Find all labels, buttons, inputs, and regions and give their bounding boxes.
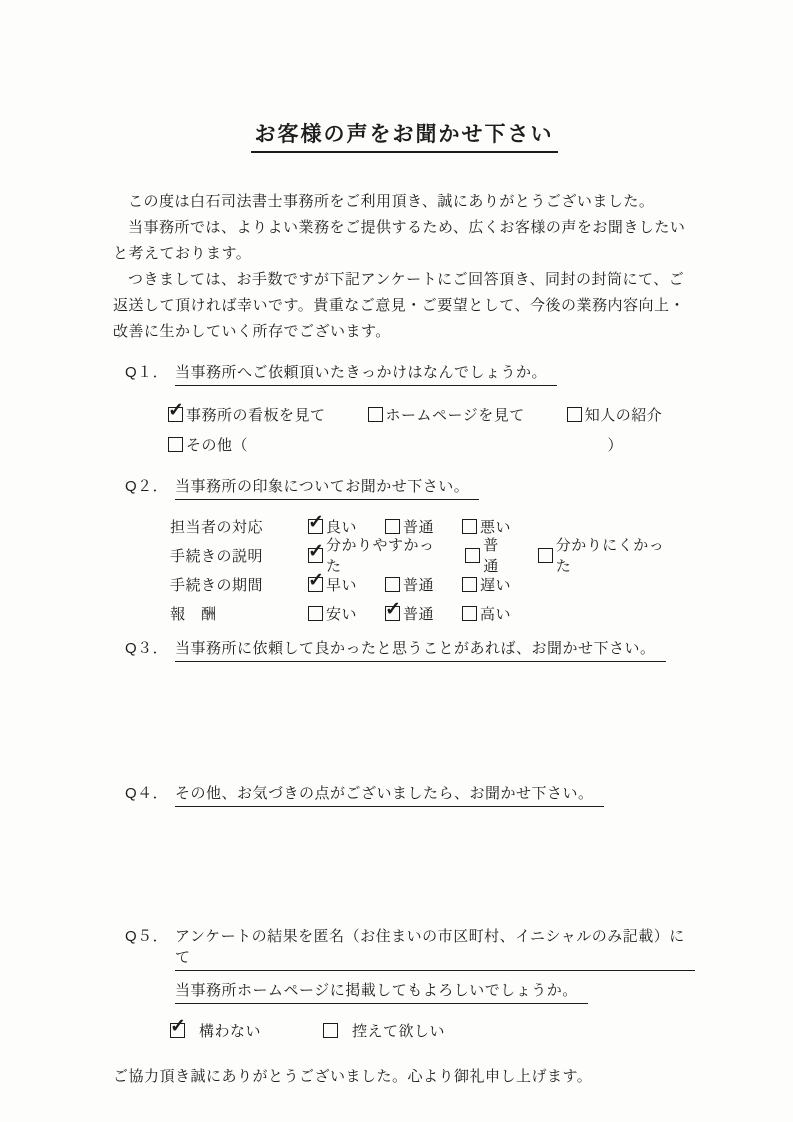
q2-explanation-unclear-label: 分かりにくかった — [556, 534, 667, 576]
q5-question-text: アンケートの結果を匿名（お住まいの市区町村、イニシャルのみ記載）にて 当事務所ホ… — [175, 925, 695, 1012]
q5-option-allow-label: 構わない — [199, 1020, 261, 1041]
q2-fee-expensive: 高い — [462, 603, 511, 624]
q5-option-decline-label: 控えて欲しい — [352, 1020, 445, 1041]
closing-message: ご協力頂き誠にありがとうございました。心より御礼申し上げます。 — [113, 1065, 695, 1086]
q2-row-duration-label: 手続きの期間 — [170, 574, 308, 595]
checkbox-q2-response-good[interactable] — [308, 519, 323, 534]
q2-row-response-label: 担当者の対応 — [170, 516, 308, 537]
q2-fee-normal: 普通 — [385, 603, 434, 624]
q3-heading: Q３． 当事務所に依頼して良かったと思うことがあれば、お聞かせ下さい。 — [125, 637, 695, 662]
q3-number: Q３． — [125, 637, 175, 658]
checkbox-q2-fee-cheap[interactable] — [308, 606, 323, 621]
checkbox-q2-explanation-unclear[interactable] — [538, 548, 553, 563]
q1-option-referral: 知人の紹介 — [567, 404, 663, 425]
q2-row-fee: 報 酬 安い 普通 高い — [170, 603, 695, 623]
q2-explanation-normal: 普通 — [465, 534, 510, 576]
q2-question-text: 当事務所の印象についてお聞かせ下さい。 — [175, 475, 479, 500]
q5-question-line1: アンケートの結果を匿名（お住まいの市区町村、イニシャルのみ記載）にて — [175, 925, 695, 971]
q2-row-duration: 手続きの期間 早い 普通 遅い — [170, 574, 695, 594]
q5-question-line2: 当事務所ホームページに掲載してもよろしいでしょうか。 — [175, 979, 588, 1004]
checkbox-q2-duration-normal[interactable] — [385, 577, 400, 592]
q3-question-text: 当事務所に依頼して良かったと思うことがあれば、お聞かせ下さい。 — [175, 637, 666, 662]
q1-option-kanban: 事務所の看板を見て — [168, 404, 326, 425]
q2-number: Q２． — [125, 475, 175, 496]
checkbox-q2-explanation-normal[interactable] — [465, 548, 480, 563]
q2-explanation-unclear: 分かりにくかった — [538, 534, 667, 576]
q5-heading: Q５． アンケートの結果を匿名（お住まいの市区町村、イニシャルのみ記載）にて 当… — [125, 925, 695, 1012]
q5-option-allow: 構わない — [170, 1020, 261, 1041]
q1-option-homepage: ホームページを見て — [368, 404, 525, 425]
q1-other-close-paren: ） — [607, 434, 623, 455]
q1-option-referral-label: 知人の紹介 — [585, 404, 663, 425]
scanned-survey-page: お客様の声をお聞かせ下さい この度は白石司法書士事務所をご利用頂き、誠にありがと… — [0, 0, 793, 1122]
q1-option-homepage-label: ホームページを見て — [386, 404, 525, 425]
page-title: お客様の声をお聞かせ下さい — [113, 118, 695, 153]
checkbox-q2-response-bad[interactable] — [462, 519, 477, 534]
checkbox-q2-response-normal[interactable] — [385, 519, 400, 534]
checkbox-q2-explanation-clear[interactable] — [308, 548, 323, 563]
q1-options-row: 事務所の看板を見て ホームページを見て 知人の紹介 — [168, 404, 695, 425]
q4-question-text: その他、お気づきの点がございましたら、お聞かせ下さい。 — [175, 782, 604, 807]
intro-paragraph-2: 当事務所では、よりよい業務をご提供するため、広くお客様の声をお聞きしたいと考えて… — [113, 215, 695, 267]
q2-rating-table: 担当者の対応 良い 普通 悪い 手続きの説明 分かりやすかった 普通 — [170, 516, 695, 623]
q2-explanation-clear-label: 分かりやすかった — [326, 534, 437, 576]
q2-fee-cheap: 安い — [308, 603, 357, 624]
q2-row-explanation: 手続きの説明 分かりやすかった 普通 分かりにくかった — [170, 545, 695, 565]
q4-answer-area[interactable] — [113, 807, 695, 925]
q2-fee-cheap-label: 安い — [326, 603, 357, 624]
q2-duration-fast-label: 早い — [326, 574, 357, 595]
q2-fee-normal-label: 普通 — [403, 603, 434, 624]
q2-fee-expensive-label: 高い — [480, 603, 511, 624]
q2-row-explanation-label: 手続きの説明 — [170, 545, 308, 566]
checkbox-q1-homepage[interactable] — [368, 407, 383, 422]
q5-options-row: 構わない 控えて欲しい — [170, 1020, 695, 1041]
q2-explanation-normal-label: 普通 — [483, 534, 510, 576]
checkbox-q2-duration-fast[interactable] — [308, 577, 323, 592]
checkbox-q5-decline[interactable] — [323, 1023, 338, 1038]
q2-duration-fast: 早い — [308, 574, 357, 595]
checkbox-q2-duration-slow[interactable] — [462, 577, 477, 592]
intro-section: この度は白石司法書士事務所をご利用頂き、誠にありがとうございました。 当事務所で… — [113, 189, 695, 345]
q2-duration-slow: 遅い — [462, 574, 511, 595]
checkbox-q2-fee-expensive[interactable] — [462, 606, 477, 621]
checkbox-q5-allow[interactable] — [170, 1023, 185, 1038]
q4-heading: Q４． その他、お気づきの点がございましたら、お聞かせ下さい。 — [125, 782, 695, 807]
q5-number: Q５． — [125, 925, 175, 946]
checkbox-q1-kanban[interactable] — [168, 407, 183, 422]
page-title-text: お客様の声をお聞かせ下さい — [251, 118, 558, 153]
q1-number: Q１． — [125, 361, 175, 382]
q1-question-text: 当事務所へご依頼頂いたきっかけはなんでしょうか。 — [175, 361, 557, 386]
q1-heading: Q１． 当事務所へご依頼頂いたきっかけはなんでしょうか。 — [125, 361, 695, 386]
q5-option-decline: 控えて欲しい — [323, 1020, 445, 1041]
checkbox-q1-other[interactable] — [168, 437, 183, 452]
intro-paragraph-1: この度は白石司法書士事務所をご利用頂き、誠にありがとうございました。 — [113, 189, 695, 215]
q2-row-response: 担当者の対応 良い 普通 悪い — [170, 516, 695, 536]
checkbox-q2-fee-normal[interactable] — [385, 606, 400, 621]
q2-duration-slow-label: 遅い — [480, 574, 511, 595]
q1-option-other: その他（ ） — [168, 434, 623, 455]
q1-option-kanban-label: 事務所の看板を見て — [186, 404, 326, 425]
q3-answer-area[interactable] — [113, 662, 695, 782]
q1-option-other-label: その他（ — [186, 434, 248, 455]
q2-duration-normal-label: 普通 — [403, 574, 434, 595]
q2-heading: Q２． 当事務所の印象についてお聞かせ下さい。 — [125, 475, 695, 500]
intro-paragraph-3: つきましては、お手数ですが下記アンケートにご回答頂き、同封の封筒にて、ご返送して… — [113, 267, 695, 345]
checkbox-q1-referral[interactable] — [567, 407, 582, 422]
q2-row-fee-label: 報 酬 — [170, 603, 308, 624]
q2-explanation-clear: 分かりやすかった — [308, 534, 437, 576]
q2-duration-normal: 普通 — [385, 574, 434, 595]
q4-number: Q４． — [125, 782, 175, 803]
